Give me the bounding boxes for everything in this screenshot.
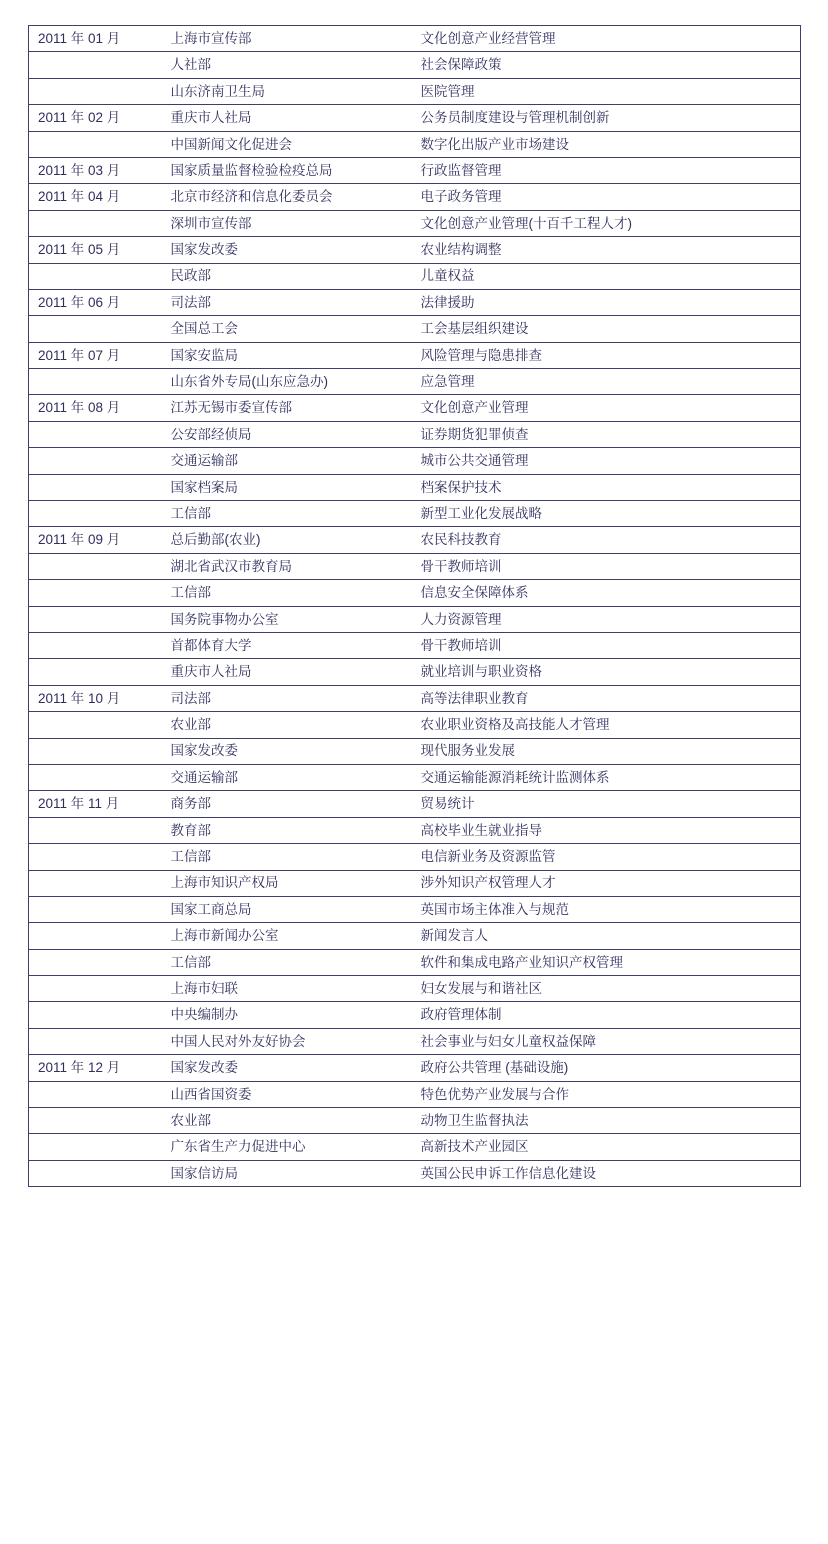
table-row: 上海市新闻办公室 新闻发言人 xyxy=(29,923,801,949)
organization-cell: 国家质量监督检验检疫总局 xyxy=(162,157,412,183)
topic-cell: 高校毕业生就业指导 xyxy=(412,817,801,843)
topic-cell: 行政监督管理 xyxy=(412,157,801,183)
organization-cell: 中国人民对外友好协会 xyxy=(162,1028,412,1054)
topic-cell: 农民科技教育 xyxy=(412,527,801,553)
organization-cell: 总后勤部(农业) xyxy=(162,527,412,553)
month-cell xyxy=(29,369,162,395)
table-row: 农业部 农业职业资格及高技能人才管理 xyxy=(29,712,801,738)
month-cell xyxy=(29,421,162,447)
month-cell xyxy=(29,1160,162,1186)
table-row: 国家信访局 英国公民申诉工作信息化建设 xyxy=(29,1160,801,1186)
organization-cell: 国家发改委 xyxy=(162,237,412,263)
organization-cell: 首都体育大学 xyxy=(162,632,412,658)
table-row: 2011 年 03 月 国家质量监督检验检疫总局 行政监督管理 xyxy=(29,157,801,183)
topic-cell: 英国公民申诉工作信息化建设 xyxy=(412,1160,801,1186)
table-row: 工信部 软件和集成电路产业知识产权管理 xyxy=(29,949,801,975)
table-row: 公安部经侦局 证券期货犯罪侦查 xyxy=(29,421,801,447)
topic-cell: 法律援助 xyxy=(412,289,801,315)
table-row: 2011 年 09 月 总后勤部(农业) 农民科技教育 xyxy=(29,527,801,553)
organization-cell: 中国新闻文化促进会 xyxy=(162,131,412,157)
table-row: 重庆市人社局 就业培训与职业资格 xyxy=(29,659,801,685)
month-cell xyxy=(29,923,162,949)
topic-cell: 政府公共管理 (基础设施) xyxy=(412,1055,801,1081)
table-row: 工信部 电信新业务及资源监管 xyxy=(29,844,801,870)
topic-cell: 动物卫生监督执法 xyxy=(412,1108,801,1134)
month-cell xyxy=(29,580,162,606)
month-cell: 2011 年 10 月 xyxy=(29,685,162,711)
table-row: 2011 年 08 月 江苏无锡市委宣传部 文化创意产业管理 xyxy=(29,395,801,421)
organization-cell: 重庆市人社局 xyxy=(162,659,412,685)
organization-cell: 教育部 xyxy=(162,817,412,843)
organization-cell: 公安部经侦局 xyxy=(162,421,412,447)
organization-cell: 农业部 xyxy=(162,712,412,738)
topic-cell: 文化创意产业经营管理 xyxy=(412,26,801,52)
organization-cell: 全国总工会 xyxy=(162,316,412,342)
organization-cell: 民政部 xyxy=(162,263,412,289)
month-cell xyxy=(29,1134,162,1160)
month-cell xyxy=(29,553,162,579)
organization-cell: 农业部 xyxy=(162,1108,412,1134)
topic-cell: 骨干教师培训 xyxy=(412,632,801,658)
table-row: 中国人民对外友好协会 社会事业与妇女儿童权益保障 xyxy=(29,1028,801,1054)
topic-cell: 高等法律职业教育 xyxy=(412,685,801,711)
table-row: 2011 年 04 月 北京市经济和信息化委员会 电子政务管理 xyxy=(29,184,801,210)
month-cell xyxy=(29,1108,162,1134)
table-body: 2011 年 01 月 上海市宣传部 文化创意产业经营管理 人社部 社会保障政策… xyxy=(29,26,801,1187)
table-row: 工信部 新型工业化发展战略 xyxy=(29,501,801,527)
topic-cell: 电子政务管理 xyxy=(412,184,801,210)
month-cell: 2011 年 04 月 xyxy=(29,184,162,210)
month-cell: 2011 年 05 月 xyxy=(29,237,162,263)
organization-cell: 上海市妇联 xyxy=(162,976,412,1002)
table-row: 国务院事物办公室 人力资源管理 xyxy=(29,606,801,632)
month-cell xyxy=(29,844,162,870)
month-cell xyxy=(29,870,162,896)
topic-cell: 医院管理 xyxy=(412,78,801,104)
table-row: 工信部 信息安全保障体系 xyxy=(29,580,801,606)
month-cell: 2011 年 03 月 xyxy=(29,157,162,183)
month-cell: 2011 年 01 月 xyxy=(29,26,162,52)
month-cell xyxy=(29,712,162,738)
month-cell xyxy=(29,316,162,342)
table-row: 中央编制办 政府管理体制 xyxy=(29,1002,801,1028)
organization-cell: 人社部 xyxy=(162,52,412,78)
topic-cell: 人力资源管理 xyxy=(412,606,801,632)
training-schedule-table: 2011 年 01 月 上海市宣传部 文化创意产业经营管理 人社部 社会保障政策… xyxy=(28,25,801,1187)
month-cell xyxy=(29,78,162,104)
organization-cell: 湖北省武汉市教育局 xyxy=(162,553,412,579)
topic-cell: 现代服务业发展 xyxy=(412,738,801,764)
table-row: 2011 年 12 月 国家发改委 政府公共管理 (基础设施) xyxy=(29,1055,801,1081)
table-row: 深圳市宣传部 文化创意产业管理(十百千工程人才) xyxy=(29,210,801,236)
topic-cell: 新闻发言人 xyxy=(412,923,801,949)
table-row: 国家档案局 档案保护技术 xyxy=(29,474,801,500)
month-cell: 2011 年 06 月 xyxy=(29,289,162,315)
organization-cell: 司法部 xyxy=(162,685,412,711)
table-row: 交通运输部 城市公共交通管理 xyxy=(29,448,801,474)
organization-cell: 工信部 xyxy=(162,844,412,870)
organization-cell: 工信部 xyxy=(162,949,412,975)
organization-cell: 工信部 xyxy=(162,501,412,527)
month-cell xyxy=(29,210,162,236)
organization-cell: 国家信访局 xyxy=(162,1160,412,1186)
month-cell xyxy=(29,1081,162,1107)
table-row: 2011 年 02 月 重庆市人社局 公务员制度建设与管理机制创新 xyxy=(29,105,801,131)
month-cell xyxy=(29,52,162,78)
organization-cell: 广东省生产力促进中心 xyxy=(162,1134,412,1160)
month-cell xyxy=(29,606,162,632)
month-cell xyxy=(29,659,162,685)
table-row: 上海市妇联 妇女发展与和谐社区 xyxy=(29,976,801,1002)
organization-cell: 商务部 xyxy=(162,791,412,817)
organization-cell: 重庆市人社局 xyxy=(162,105,412,131)
organization-cell: 上海市新闻办公室 xyxy=(162,923,412,949)
table-row: 民政部 儿童权益 xyxy=(29,263,801,289)
table-row: 交通运输部 交通运输能源消耗统计监测体系 xyxy=(29,764,801,790)
topic-cell: 数字化出版产业市场建设 xyxy=(412,131,801,157)
table-row: 山东济南卫生局 医院管理 xyxy=(29,78,801,104)
month-cell xyxy=(29,896,162,922)
organization-cell: 上海市宣传部 xyxy=(162,26,412,52)
table-row: 2011 年 07 月 国家安监局 风险管理与隐患排查 xyxy=(29,342,801,368)
month-cell xyxy=(29,448,162,474)
table-row: 湖北省武汉市教育局 骨干教师培训 xyxy=(29,553,801,579)
topic-cell: 贸易统计 xyxy=(412,791,801,817)
month-cell xyxy=(29,474,162,500)
table-row: 广东省生产力促进中心 高新技术产业园区 xyxy=(29,1134,801,1160)
month-cell xyxy=(29,817,162,843)
topic-cell: 新型工业化发展战略 xyxy=(412,501,801,527)
organization-cell: 国家发改委 xyxy=(162,1055,412,1081)
table-row: 中国新闻文化促进会 数字化出版产业市场建设 xyxy=(29,131,801,157)
month-cell xyxy=(29,1028,162,1054)
topic-cell: 社会事业与妇女儿童权益保障 xyxy=(412,1028,801,1054)
topic-cell: 儿童权益 xyxy=(412,263,801,289)
topic-cell: 公务员制度建设与管理机制创新 xyxy=(412,105,801,131)
table-row: 人社部 社会保障政策 xyxy=(29,52,801,78)
month-cell xyxy=(29,976,162,1002)
table-row: 教育部 高校毕业生就业指导 xyxy=(29,817,801,843)
topic-cell: 软件和集成电路产业知识产权管理 xyxy=(412,949,801,975)
topic-cell: 高新技术产业园区 xyxy=(412,1134,801,1160)
topic-cell: 骨干教师培训 xyxy=(412,553,801,579)
organization-cell: 深圳市宣传部 xyxy=(162,210,412,236)
month-cell xyxy=(29,632,162,658)
table-row: 山西省国资委 特色优势产业发展与合作 xyxy=(29,1081,801,1107)
topic-cell: 信息安全保障体系 xyxy=(412,580,801,606)
topic-cell: 农业职业资格及高技能人才管理 xyxy=(412,712,801,738)
topic-cell: 交通运输能源消耗统计监测体系 xyxy=(412,764,801,790)
topic-cell: 风险管理与隐患排查 xyxy=(412,342,801,368)
table-row: 国家工商总局 英国市场主体准入与规范 xyxy=(29,896,801,922)
topic-cell: 政府管理体制 xyxy=(412,1002,801,1028)
month-cell: 2011 年 02 月 xyxy=(29,105,162,131)
topic-cell: 城市公共交通管理 xyxy=(412,448,801,474)
organization-cell: 国家安监局 xyxy=(162,342,412,368)
table-row: 农业部 动物卫生监督执法 xyxy=(29,1108,801,1134)
topic-cell: 工会基层组织建设 xyxy=(412,316,801,342)
topic-cell: 英国市场主体准入与规范 xyxy=(412,896,801,922)
month-cell: 2011 年 07 月 xyxy=(29,342,162,368)
organization-cell: 北京市经济和信息化委员会 xyxy=(162,184,412,210)
organization-cell: 山西省国资委 xyxy=(162,1081,412,1107)
topic-cell: 证券期货犯罪侦查 xyxy=(412,421,801,447)
organization-cell: 山东济南卫生局 xyxy=(162,78,412,104)
table-row: 全国总工会 工会基层组织建设 xyxy=(29,316,801,342)
month-cell xyxy=(29,263,162,289)
table-row: 2011 年 05 月 国家发改委 农业结构调整 xyxy=(29,237,801,263)
month-cell: 2011 年 11 月 xyxy=(29,791,162,817)
organization-cell: 交通运输部 xyxy=(162,764,412,790)
topic-cell: 电信新业务及资源监管 xyxy=(412,844,801,870)
topic-cell: 就业培训与职业资格 xyxy=(412,659,801,685)
topic-cell: 应急管理 xyxy=(412,369,801,395)
table-row: 山东省外专局(山东应急办) 应急管理 xyxy=(29,369,801,395)
organization-cell: 国家档案局 xyxy=(162,474,412,500)
topic-cell: 社会保障政策 xyxy=(412,52,801,78)
organization-cell: 山东省外专局(山东应急办) xyxy=(162,369,412,395)
topic-cell: 档案保护技术 xyxy=(412,474,801,500)
topic-cell: 文化创意产业管理 xyxy=(412,395,801,421)
organization-cell: 国家发改委 xyxy=(162,738,412,764)
topic-cell: 特色优势产业发展与合作 xyxy=(412,1081,801,1107)
topic-cell: 妇女发展与和谐社区 xyxy=(412,976,801,1002)
month-cell: 2011 年 09 月 xyxy=(29,527,162,553)
organization-cell: 中央编制办 xyxy=(162,1002,412,1028)
organization-cell: 江苏无锡市委宣传部 xyxy=(162,395,412,421)
table-row: 上海市知识产权局 涉外知识产权管理人才 xyxy=(29,870,801,896)
organization-cell: 交通运输部 xyxy=(162,448,412,474)
month-cell: 2011 年 12 月 xyxy=(29,1055,162,1081)
topic-cell: 文化创意产业管理(十百千工程人才) xyxy=(412,210,801,236)
table-row: 2011 年 01 月 上海市宣传部 文化创意产业经营管理 xyxy=(29,26,801,52)
month-cell xyxy=(29,764,162,790)
month-cell: 2011 年 08 月 xyxy=(29,395,162,421)
month-cell xyxy=(29,949,162,975)
month-cell xyxy=(29,738,162,764)
organization-cell: 上海市知识产权局 xyxy=(162,870,412,896)
table-row: 2011 年 10 月 司法部 高等法律职业教育 xyxy=(29,685,801,711)
month-cell xyxy=(29,501,162,527)
table-row: 国家发改委 现代服务业发展 xyxy=(29,738,801,764)
organization-cell: 工信部 xyxy=(162,580,412,606)
topic-cell: 涉外知识产权管理人才 xyxy=(412,870,801,896)
table-row: 2011 年 11 月 商务部 贸易统计 xyxy=(29,791,801,817)
table-row: 首都体育大学 骨干教师培训 xyxy=(29,632,801,658)
organization-cell: 国家工商总局 xyxy=(162,896,412,922)
topic-cell: 农业结构调整 xyxy=(412,237,801,263)
month-cell xyxy=(29,1002,162,1028)
table-row: 2011 年 06 月 司法部 法律援助 xyxy=(29,289,801,315)
month-cell xyxy=(29,131,162,157)
organization-cell: 国务院事物办公室 xyxy=(162,606,412,632)
organization-cell: 司法部 xyxy=(162,289,412,315)
